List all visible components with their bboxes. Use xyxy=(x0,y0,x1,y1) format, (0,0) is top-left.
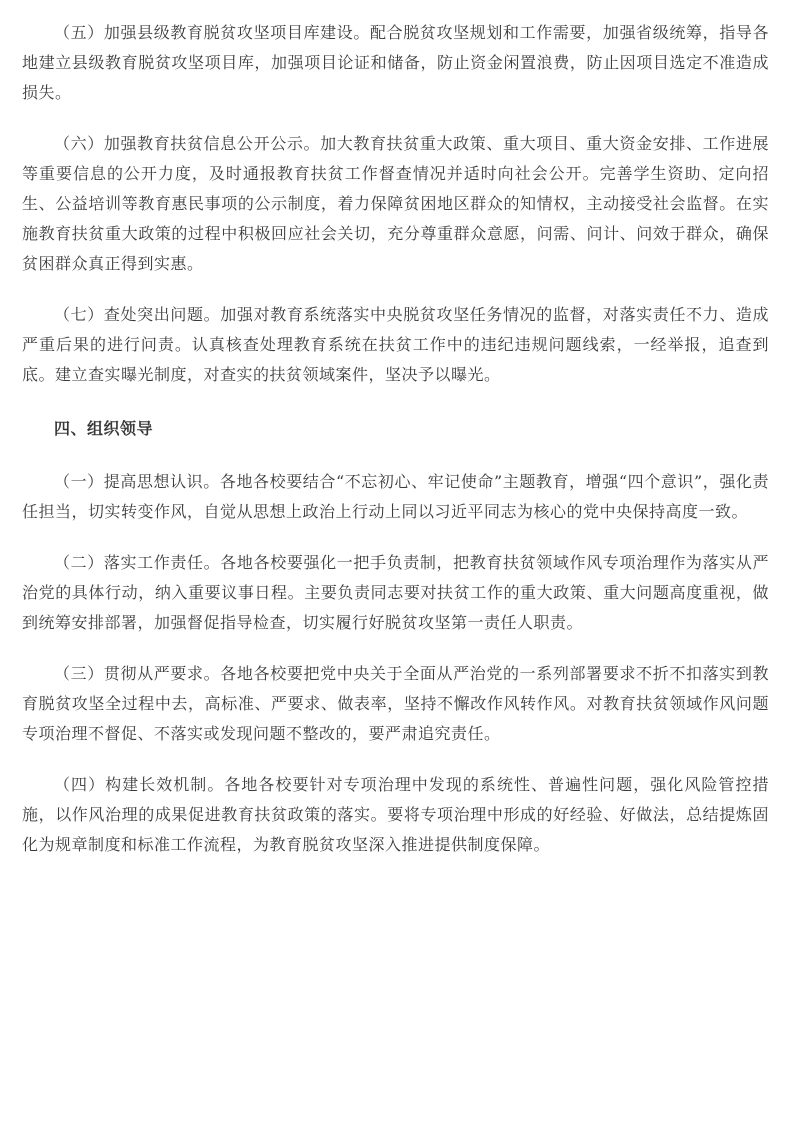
document-page: （五）加强县级教育脱贫攻坚项目库建设。配合脱贫攻坚规划和工作需要，加强省级统筹，… xyxy=(0,0,793,1122)
section-heading-4-organization-leadership: 四、组织领导 xyxy=(22,414,769,444)
doc-paragraph-4-2: （二）落实工作责任。各地各校要强化一把手负责制，把教育扶贫领域作风专项治理作为落… xyxy=(22,548,769,638)
doc-paragraph-4-3: （三）贯彻从严要求。各地各校要把党中央关于全面从严治党的一系列部署要求不折不扣落… xyxy=(22,659,769,749)
doc-paragraph-4-1: （一）提高思想认识。各地各校要结合“不忘初心、牢记使命”主题教育，增强“四个意识… xyxy=(22,467,769,527)
doc-paragraph-6: （六）加强教育扶贫信息公开公示。加大教育扶贫重大政策、重大项目、重大资金安排、工… xyxy=(22,129,769,279)
doc-paragraph-4-4: （四）构建长效机制。各地各校要针对专项治理中发现的系统性、普遍性问题，强化风险管… xyxy=(22,770,769,860)
doc-paragraph-7: （七）查处突出问题。加强对教育系统落实中央脱贫攻坚任务情况的监督，对落实责任不力… xyxy=(22,300,769,390)
doc-paragraph-5: （五）加强县级教育脱贫攻坚项目库建设。配合脱贫攻坚规划和工作需要，加强省级统筹，… xyxy=(22,18,769,108)
